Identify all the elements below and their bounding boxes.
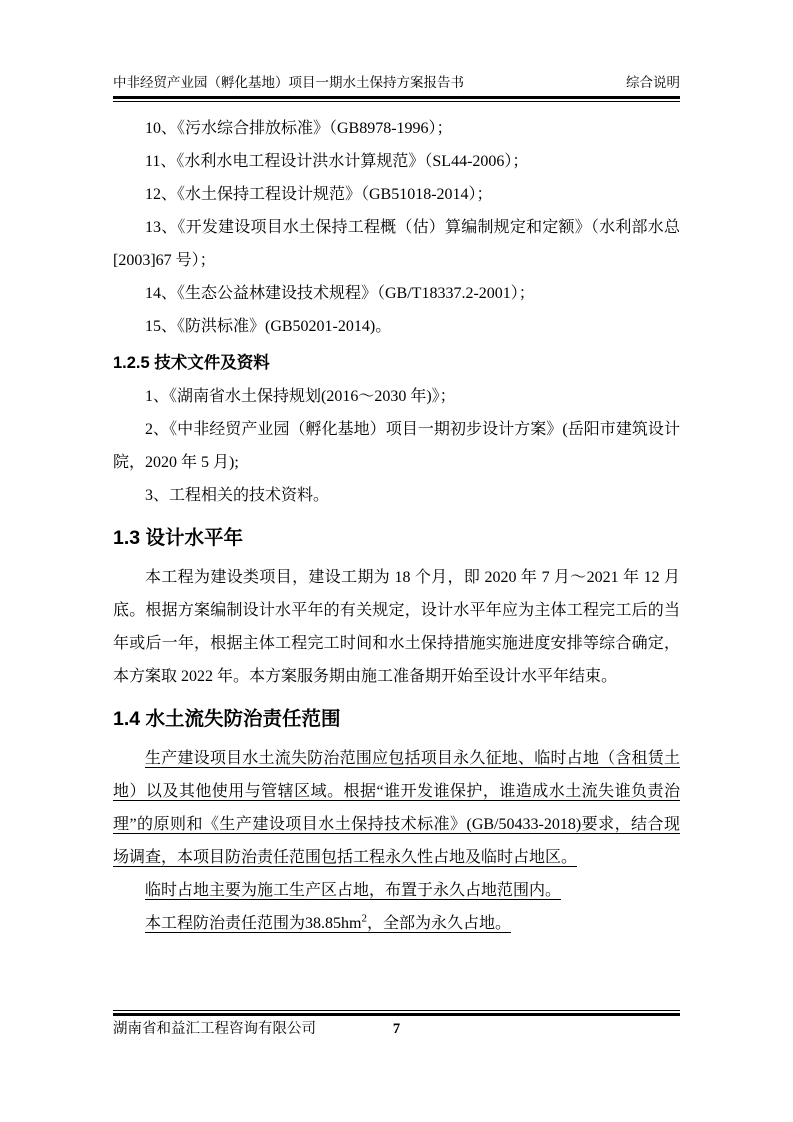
page-header: 中非经贸产业园（孵化基地）项目一期水土保持方案报告书 综合说明	[113, 74, 680, 102]
heading-1-3: 1.3 设计水平年	[113, 525, 680, 552]
document-body: 10、《污水综合排放标准》（GB8978-1996）； 11、《水利水电工程设计…	[113, 112, 680, 940]
area-value-text: 本工程防治责任范围为38.85hm	[145, 915, 361, 932]
page-footer: 湖南省和益汇工程咨询有限公司 7	[113, 1010, 680, 1039]
tech-doc-item-1: 1、《湖南省水土保持规划(2016～2030 年)》；	[113, 380, 680, 413]
header-rule-thin	[113, 101, 680, 102]
reference-item-10: 10、《污水综合排放标准》（GB8978-1996）；	[113, 112, 680, 145]
header-row: 中非经贸产业园（孵化基地）项目一期水土保持方案报告书 综合说明	[113, 74, 680, 92]
responsibility-paragraph-2: 临时占地主要为施工生产区占地，布置于永久占地范围内。	[113, 874, 680, 907]
tech-doc-item-2: 2、《中非经贸产业园（孵化基地）项目一期初步设计方案》(岳阳市建筑设计院，202…	[113, 413, 680, 479]
header-section-label: 综合说明	[626, 74, 680, 92]
responsibility-paragraph-3: 本工程防治责任范围为38.85hm2，全部为永久占地。	[113, 907, 680, 940]
footer-row: 湖南省和益汇工程咨询有限公司 7	[113, 1019, 680, 1039]
header-title: 中非经贸产业园（孵化基地）项目一期水土保持方案报告书	[113, 74, 464, 92]
reference-item-11: 11、《水利水电工程设计洪水计算规范》（SL44-2006）；	[113, 145, 680, 178]
heading-1-2-5: 1.2.5 技术文件及资料	[113, 347, 680, 380]
reference-item-13: 13、《开发建设项目水土保持工程概（估）算编制规定和定额》（水利部水总[2003…	[113, 211, 680, 277]
area-value-tail: ，全部为永久占地。	[367, 915, 511, 932]
document-page: 中非经贸产业园（孵化基地）项目一期水土保持方案报告书 综合说明 10、《污水综合…	[0, 0, 793, 1122]
reference-item-15: 15、《防洪标准》(GB50201-2014)。	[113, 310, 680, 343]
footer-rule-thin	[113, 1010, 680, 1011]
underlined-text: 临时占地主要为施工生产区占地，布置于永久占地范围内。	[145, 882, 561, 899]
reference-item-14: 14、《生态公益林建设技术规程》（GB/T18337.2-2001）；	[113, 277, 680, 310]
tech-doc-item-3: 3、工程相关的技术资料。	[113, 479, 680, 512]
design-year-paragraph: 本工程为建设类项目，建设工期为 18 个月，即 2020 年 7 月～2021 …	[113, 561, 680, 693]
heading-1-4: 1.4 水土流失防治责任范围	[113, 706, 680, 733]
reference-item-12: 12、《水土保持工程设计规范》（GB51018-2014）；	[113, 178, 680, 211]
header-rule-thick	[113, 96, 680, 99]
underlined-text: 本工程防治责任范围为38.85hm2，全部为永久占地。	[145, 915, 511, 932]
page-number: 7	[113, 1019, 680, 1039]
footer-rule-thick	[113, 1013, 680, 1016]
responsibility-paragraph-1: 生产建设项目水土流失防治范围应包括项目永久征地、临时占地（含租赁土地）以及其他使…	[113, 742, 680, 874]
underlined-text: 生产建设项目水土流失防治范围应包括项目永久征地、临时占地（含租赁土地）以及其他使…	[113, 750, 680, 866]
